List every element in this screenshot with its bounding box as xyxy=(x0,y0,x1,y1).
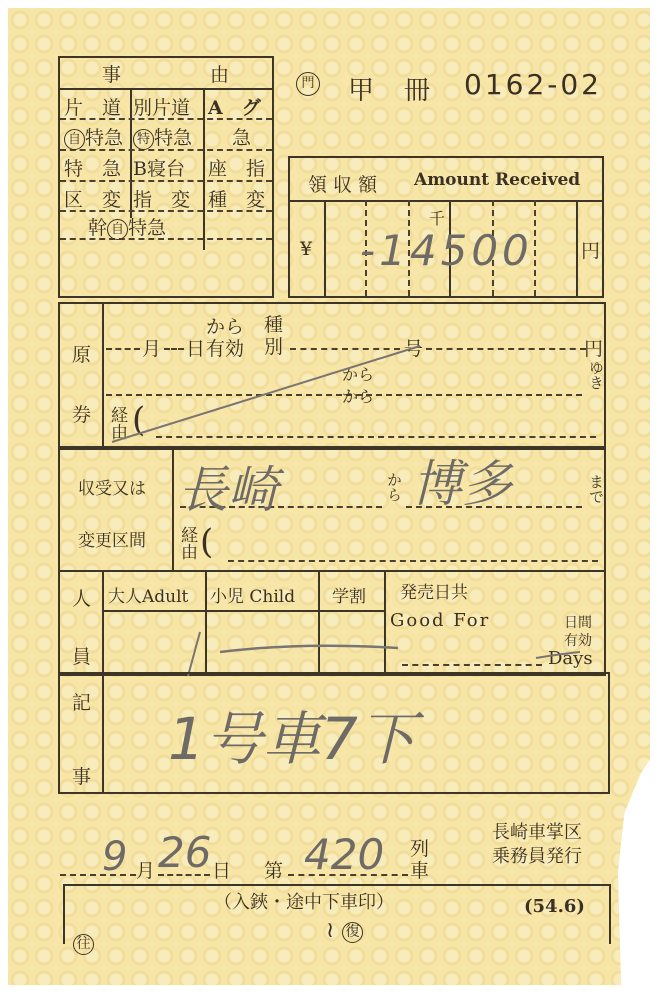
stamp-label: （入鋏・途中下車印） xyxy=(214,888,394,914)
amount-box: 領 収 額 Amount Received ¥ 千 円 -14500 xyxy=(288,156,604,298)
issuer-line-2: 乗務員発行 xyxy=(492,842,582,868)
toku-mark-icon: 特 xyxy=(133,129,154,150)
yen-sign: ¥ xyxy=(300,238,312,260)
section-paren: ( xyxy=(200,522,213,562)
train-day: 日 xyxy=(212,856,231,883)
adult-label: 大人Adult xyxy=(108,582,188,607)
original-ticket-box: 原 券 月 日 から 有効 種 別 号 円 ゆき から から 経由 ( xyxy=(58,302,606,448)
orig-side-top: 原 xyxy=(72,340,91,367)
handwritten-amount: -14500 xyxy=(360,226,533,275)
wave-mark: ≀ xyxy=(326,918,334,943)
reason-box: 事 由 片 道 別片道 A グ 自特急 特特急 急 特 急 B寝台 座 指 区 … xyxy=(58,56,274,298)
child-label: 小児 Child xyxy=(210,582,295,607)
reason-title-left: 事 xyxy=(102,60,121,87)
passengers-side-bottom: 員 xyxy=(72,642,91,669)
orig-side-bottom: 券 xyxy=(72,400,91,427)
orig-yen: 円 xyxy=(584,334,603,361)
section-label-top: 収受又は xyxy=(78,474,146,499)
book-kanji: 冊 xyxy=(404,70,430,107)
reason-reserve-change: 指 変 xyxy=(133,185,190,212)
handwritten-remarks: 1号車7下 xyxy=(168,692,416,776)
section-from: から xyxy=(386,472,402,502)
student-label: 学割 xyxy=(332,582,366,607)
return-circle-icon: 復 xyxy=(342,922,363,943)
handwritten-month: 9 xyxy=(102,834,127,880)
return-mark: 復 xyxy=(342,920,363,943)
amount-label-en: Amount Received xyxy=(414,170,580,190)
remarks-side-top: 記 xyxy=(72,688,91,715)
remarks-box: 記 事 1号車7下 xyxy=(58,672,610,794)
section-to: まで xyxy=(588,474,604,504)
reason-one-way: 片 道 xyxy=(64,93,121,120)
section-via: 経由 xyxy=(178,526,196,560)
reason-title-right: 由 xyxy=(210,60,229,87)
class-kanji: 甲 xyxy=(348,70,374,107)
reason-shinkansen-unreserved: 幹自特急 xyxy=(88,213,166,240)
reason-a-green: A グ xyxy=(208,93,261,120)
edition-code: (54.6) xyxy=(524,896,585,917)
handwritten-day: 26 xyxy=(158,828,211,877)
reason-class-change: 種 変 xyxy=(208,185,265,212)
sale-day-label: 発売日共 xyxy=(400,578,468,603)
reason-b-sleeper: B寝台 xyxy=(133,154,185,181)
serial-number: 0162-02 xyxy=(464,68,602,101)
train-month: 月 xyxy=(136,856,155,883)
yen-unit: 円 xyxy=(581,236,600,263)
reason-ltd-exp: 特 急 xyxy=(64,154,121,181)
handwritten-train-number: 420 xyxy=(304,830,384,879)
jiyu-mark-icon: 自 xyxy=(107,219,128,240)
jiyu-mark-icon: 自 xyxy=(64,129,85,150)
reason-separate-one-way: 別片道 xyxy=(133,93,190,120)
reason-reserved-seat: 座 指 xyxy=(208,154,265,181)
passengers-side-top: 人 xyxy=(72,584,91,611)
issuer-line-1: 長崎車掌区 xyxy=(492,818,582,844)
handwritten-dash xyxy=(160,612,580,676)
train-no-prefix: 第 xyxy=(264,856,283,883)
strike-line xyxy=(110,344,430,444)
outbound-mark: 往 xyxy=(73,932,94,955)
railway-ticket: 事 由 片 道 別片道 A グ 自特急 特特急 急 特 急 B寝台 座 指 区 … xyxy=(8,8,650,990)
section-box: 収受又は 変更区間 から まで 経由 ( 長崎 博多 xyxy=(58,448,606,572)
reason-unreserved-ltd-exp: 自特急 xyxy=(64,123,123,150)
reason-express: 急 xyxy=(232,123,251,150)
reason-section-change: 区 変 xyxy=(64,185,121,212)
amount-label-jp: 領 収 額 xyxy=(308,170,377,197)
train-label-bottom: 車 xyxy=(410,856,429,883)
handwritten-to-station: 博多 xyxy=(412,444,512,516)
passengers-box: 人 員 大人Adult 小児 Child 学割 発売日共 Good For 日間… xyxy=(58,570,606,676)
outbound-circle-icon: 往 xyxy=(73,934,94,955)
reason-special-ltd-exp: 特特急 xyxy=(133,123,192,150)
handwritten-from-station: 長崎 xyxy=(178,450,278,522)
remarks-side-bottom: 事 xyxy=(72,762,91,789)
section-label-bottom: 変更区間 xyxy=(78,526,146,551)
office-mark: 門 xyxy=(296,72,320,96)
orig-bound: ゆき xyxy=(586,360,607,390)
